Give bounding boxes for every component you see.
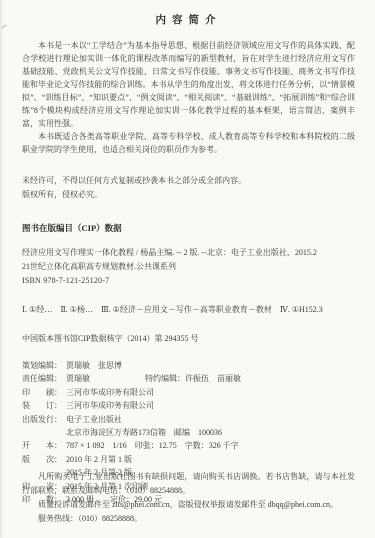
scan-artifact <box>1 24 6 28</box>
colophon-row-responsible-editor: 责任编辑： 贾瑞敏 特约编辑： 许振伍 苗丽敏 <box>22 372 355 385</box>
colophon-row-publisher: 出版发行： 电子工业出版社 <box>22 413 355 426</box>
colophon-row-binder: 装 订： 三河市华成印务有限公司 <box>22 399 355 412</box>
service-hotline: 服务热线：（010）88258888。 <box>22 512 355 526</box>
row-label: 策划编辑： <box>22 359 66 372</box>
cip-series-line: 21世纪立体化高职高专规划教材.公共课系列 <box>22 260 355 274</box>
row-value: 电子工业出版社 <box>66 413 122 426</box>
row-label: 出版发行： <box>22 413 66 426</box>
row-value: 三河市华成印务有限公司 <box>66 399 154 412</box>
row-label: 版 次： <box>22 453 66 466</box>
colophon-row-edition: 版 次： 2010 年 2 月第 1 版 <box>22 453 355 466</box>
scan-edge-shadow <box>0 0 4 538</box>
row-value: 三河市华成印务有限公司 <box>66 386 154 399</box>
colophon-row-printer: 印 刷： 三河市华成印务有限公司 <box>22 386 355 399</box>
row-value: 787 × 1 092 1/16 印张：12.75 字数：326 千字 <box>66 439 239 452</box>
row-label: 装 订： <box>22 399 66 412</box>
cip-record-number: 中国版本图书馆CIP数据核字（2014）第 294355 号 <box>22 332 355 345</box>
intro-paragraph-2: 本书既适合各类高等职业学院、高等专科学校、成人教育高等专科学校和本科院校的二级职… <box>22 130 355 156</box>
row-value: 贾瑞敏 <box>66 372 145 385</box>
book-copyright-page: 内容简介 本书是一本以“工学结合”为基本指导思想、根据目前经济领域应用文写作的具… <box>0 0 375 538</box>
row-value: 北京市海淀区万寿路173信箱 邮编 100036 <box>66 426 222 439</box>
row-value: 2010 年 2 月第 1 版 <box>66 453 132 466</box>
rights-line-1: 未经许可，不得以任何方式复制或抄袭本书之部分或全部内容。 <box>22 174 355 188</box>
row-label: 开 本： <box>22 439 66 452</box>
rights-line-2: 版权所有，侵权必究。 <box>22 188 355 202</box>
row-label: 责任编辑： <box>22 372 66 385</box>
cip-data-block: 经济应用文写作理实一体化教程 / 杨晶主编. -- 2 版. --北京：电子工业… <box>22 246 355 288</box>
exchange-notice: 凡所购买电子工业出版社图书有缺损问题，请向购买书店调换。若书店售缺，请与本社发行… <box>22 470 355 498</box>
purchase-service-notice: 凡所购买电子工业出版社图书有缺损问题，请向购买书店调换。若书店售缺，请与本社发行… <box>22 470 355 526</box>
cip-classification: Ⅰ. ①经… Ⅱ. ①杨… Ⅲ. ①经济－应用文－写作－高等职业教育－教材 Ⅳ.… <box>22 303 355 316</box>
page-title: 内容简介 <box>22 14 355 27</box>
row-extra-label: 特约编辑： <box>145 372 185 385</box>
cip-title-line: 经济应用文写作理实一体化教程 / 杨晶主编. -- 2 版. --北京：电子工业… <box>22 246 355 260</box>
intro-paragraph-1: 本书是一本以“工学结合”为基本指导思想、根据目前经济领域应用文写作的具体实践、配… <box>22 39 355 130</box>
rights-notice: 未经许可，不得以任何方式复制或抄袭本书之部分或全部内容。 版权所有，侵权必究。 <box>22 174 355 202</box>
row-extra-value: 许振伍 苗丽敏 <box>185 372 241 385</box>
colophon-row-publisher-address: 北京市海淀区万寿路173信箱 邮编 100036 <box>22 426 355 439</box>
row-label <box>22 426 66 439</box>
cip-heading: 图书在版编目（CIP）数据 <box>22 222 355 235</box>
colophon-row-format: 开 本： 787 × 1 092 1/16 印张：12.75 字数：326 千字 <box>22 439 355 452</box>
colophon-row-planning-editor: 策划编辑： 贾瑞敏 张思博 <box>22 359 355 372</box>
row-label: 印 刷： <box>22 386 66 399</box>
complaint-emails: 质量投诉请发邮件至 zlts@phei.com.cn，盗版侵权举报请发邮件至 d… <box>22 498 355 512</box>
isbn: ISBN 978-7-121-25120-7 <box>22 274 355 288</box>
row-value: 贾瑞敏 张思博 <box>66 359 122 372</box>
